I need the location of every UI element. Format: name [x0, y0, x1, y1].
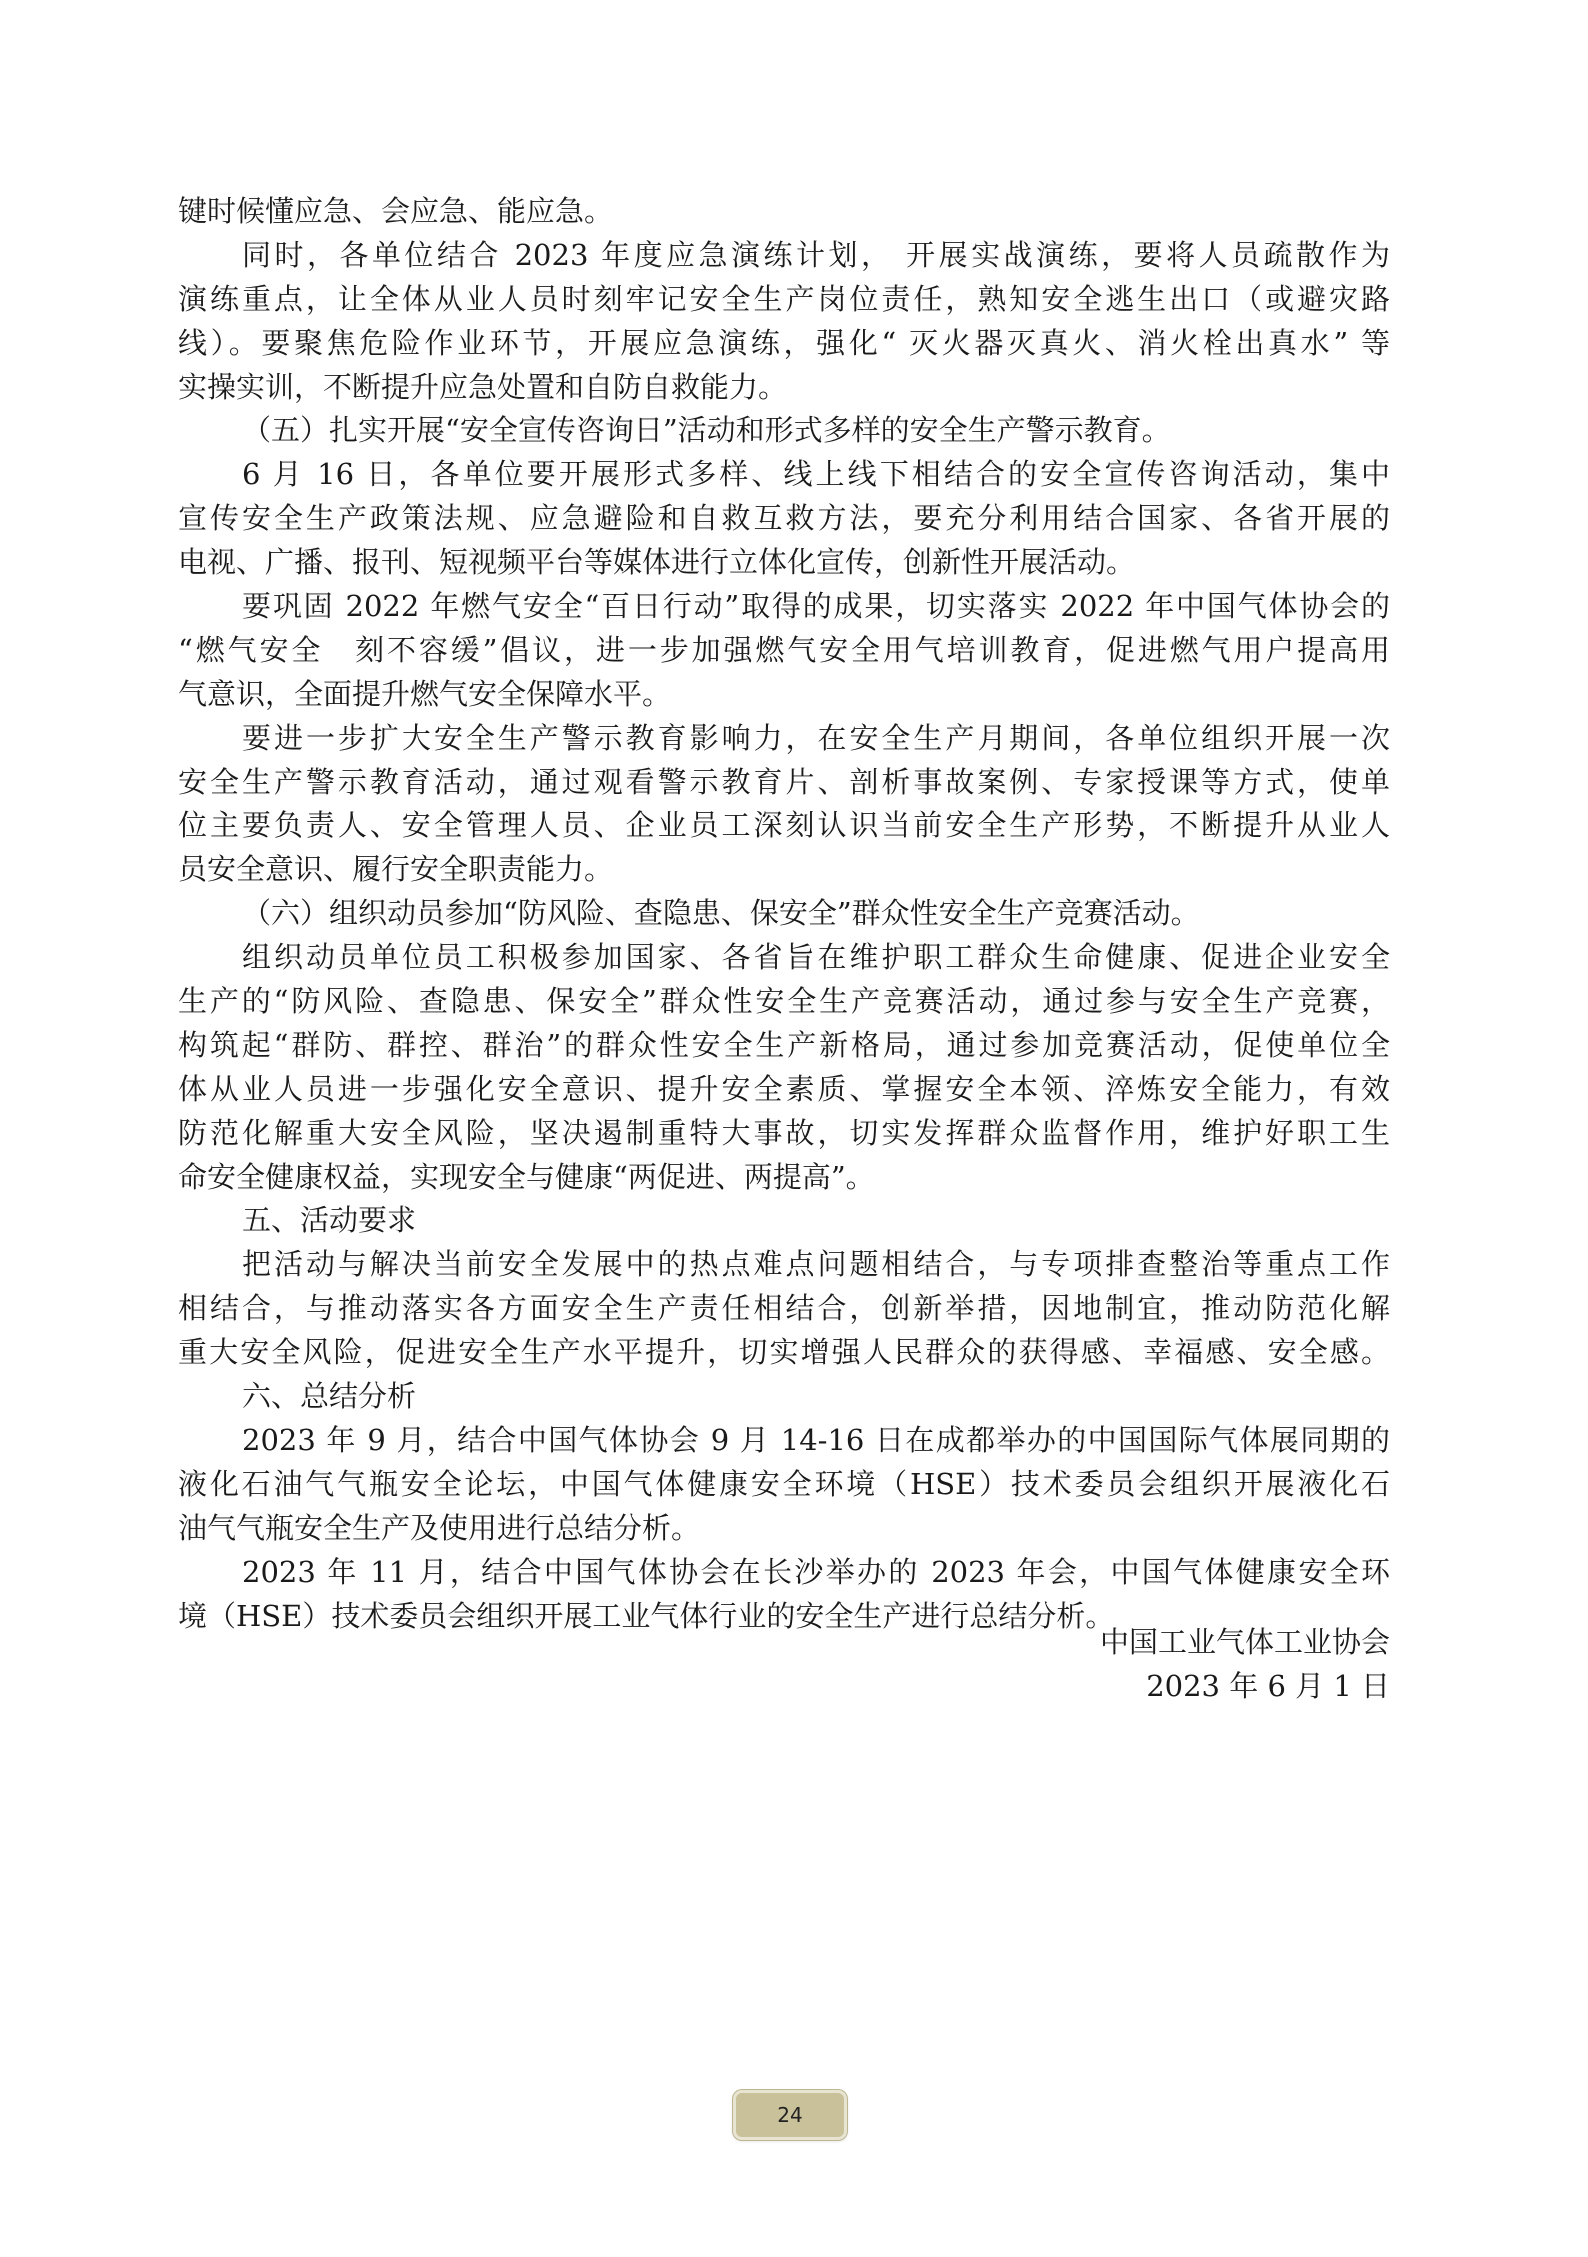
body-text: 键时候懂应急、会应急、能应急。 同时，各单位结合 2023 年度应急演练计划， …	[178, 190, 1390, 1638]
text-line: 2023 年 11 月，结合中国气体协会在长沙举办的 2023 年会，中国气体健…	[178, 1551, 1390, 1595]
text-line: 键时候懂应急、会应急、能应急。	[178, 190, 1390, 234]
document-page: 键时候懂应急、会应急、能应急。 同时，各单位结合 2023 年度应急演练计划， …	[0, 0, 1588, 2257]
text-line: 电视、广播、报刊、短视频平台等媒体进行立体化宣传，创新性开展活动。	[178, 541, 1390, 585]
page-number-badge: 24	[733, 2090, 847, 2140]
text-line: 重大安全风险，促进安全生产水平提升，切实增强人民群众的获得感、幸福感、安全感。	[178, 1331, 1390, 1375]
section-heading: 六、总结分析	[178, 1375, 1390, 1419]
text-line: 位主要负责人、安全管理人员、企业员工深刻认识当前安全生产形势，不断提升从业人	[178, 804, 1390, 848]
text-line: 防范化解重大安全风险，坚决遏制重特大事故，切实发挥群众监督作用，维护好职工生	[178, 1112, 1390, 1156]
text-line: 要巩固 2022 年燃气安全“百日行动”取得的成果，切实落实 2022 年中国气…	[178, 585, 1390, 629]
text-line: 体从业人员进一步强化安全意识、提升安全素质、掌握安全本领、淬炼安全能力，有效	[178, 1068, 1390, 1112]
section-heading: （六）组织动员参加“防风险、查隐患、保安全”群众性安全生产竞赛活动。	[178, 892, 1390, 936]
text-line: “燃气安全 刻不容缓”倡议，进一步加强燃气安全用气培训教育，促进燃气用户提高用	[178, 629, 1390, 673]
signature-block: 中国工业气体工业协会 2023 年 6 月 1 日	[1100, 1620, 1390, 1708]
text-line: 6 月 16 日，各单位要开展形式多样、线上线下相结合的安全宣传咨询活动，集中	[178, 453, 1390, 497]
text-line: 2023 年 9 月，结合中国气体协会 9 月 14-16 日在成都举办的中国国…	[178, 1419, 1390, 1463]
text-line: 演练重点，让全体从业人员时刻牢记安全生产岗位责任，熟知安全逃生出口（或避灾路	[178, 278, 1390, 322]
text-line: 线）。要聚焦危险作业环节，开展应急演练，强化“ 灭火器灭真火、消火栓出真水” 等	[178, 322, 1390, 366]
text-line: 组织动员单位员工积极参加国家、各省旨在维护职工群众生命健康、促进企业安全	[178, 936, 1390, 980]
text-line: 液化石油气气瓶安全论坛，中国气体健康安全环境（HSE）技术委员会组织开展液化石	[178, 1463, 1390, 1507]
text-line: 实操实训，不断提升应急处置和自防自救能力。	[178, 366, 1390, 410]
text-line: 构筑起“群防、群控、群治”的群众性安全生产新格局，通过参加竞赛活动，促使单位全	[178, 1024, 1390, 1068]
signature-organization: 中国工业气体工业协会	[1100, 1620, 1390, 1664]
text-line: 油气气瓶安全生产及使用进行总结分析。	[178, 1507, 1390, 1551]
text-line: 气意识，全面提升燃气安全保障水平。	[178, 673, 1390, 717]
section-heading: （五）扎实开展“安全宣传咨询日”活动和形式多样的安全生产警示教育。	[178, 409, 1390, 453]
text-line: 把活动与解决当前安全发展中的热点难点问题相结合，与专项排查整治等重点工作	[178, 1243, 1390, 1287]
text-line: 相结合，与推动落实各方面安全生产责任相结合，创新举措，因地制宜，推动防范化解	[178, 1287, 1390, 1331]
text-line: 要进一步扩大安全生产警示教育影响力，在安全生产月期间，各单位组织开展一次	[178, 717, 1390, 761]
section-heading: 五、活动要求	[178, 1199, 1390, 1243]
text-line: 宣传安全生产政策法规、应急避险和自救互救方法，要充分利用结合国家、各省开展的	[178, 497, 1390, 541]
page-number: 24	[777, 2103, 802, 2127]
signature-date: 2023 年 6 月 1 日	[1100, 1664, 1390, 1708]
text-line: 员安全意识、履行安全职责能力。	[178, 848, 1390, 892]
text-line: 安全生产警示教育活动，通过观看警示教育片、剖析事故案例、专家授课等方式，使单	[178, 761, 1390, 805]
text-line: 生产的“防风险、查隐患、保安全”群众性安全生产竞赛活动，通过参与安全生产竞赛，	[178, 980, 1390, 1024]
text-line: 命安全健康权益，实现安全与健康“两促进、两提高”。	[178, 1156, 1390, 1200]
text-line: 同时，各单位结合 2023 年度应急演练计划， 开展实战演练，要将人员疏散作为	[178, 234, 1390, 278]
